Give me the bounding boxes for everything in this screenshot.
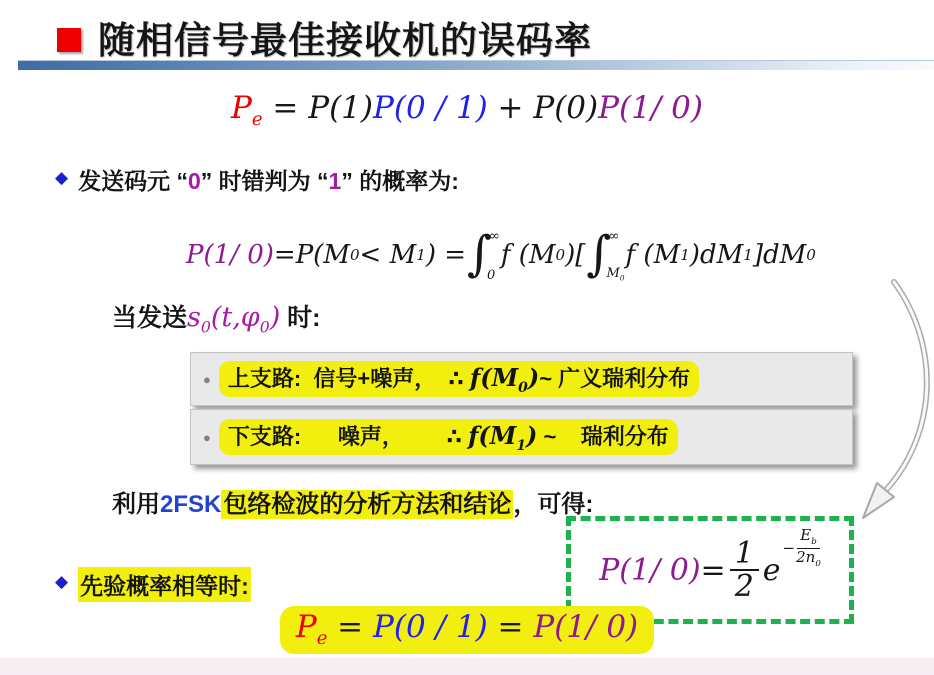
formula-conditional-probability-integral: P(1/ 0) = P(M0 < M1) = ∫∞0f (M0)[∫∞M0f (… bbox=[186, 224, 816, 286]
signal-expression: s0(t,φ0) bbox=[187, 302, 280, 333]
dot-bullet-icon: ● bbox=[203, 430, 211, 445]
math-token: ) bbox=[526, 421, 537, 450]
denominator: 2n0 bbox=[796, 549, 821, 570]
math-subscript: 1 bbox=[743, 246, 753, 264]
math-token: (M bbox=[480, 363, 518, 392]
math-token: P(1) bbox=[308, 90, 373, 126]
density-function: f(M0) bbox=[470, 363, 539, 392]
math-token: ) = bbox=[426, 240, 466, 270]
math-token: f (M bbox=[501, 240, 556, 270]
text-segment: ~ 瑞利分布 bbox=[537, 424, 668, 449]
text-segment: 当发送 bbox=[112, 304, 187, 332]
upper-branch-text: 上支路: 信号+噪声， ∴ f(M0)~ 广义瑞利分布 bbox=[219, 361, 699, 398]
math-token: P(M bbox=[296, 240, 350, 270]
math-subscript: 0 bbox=[806, 246, 816, 264]
math-token: P(1/ 0) bbox=[599, 553, 700, 588]
text-segment: 上支路: 信号+噪声， ∴ bbox=[228, 366, 470, 391]
exponent: −Eb2n0 bbox=[783, 527, 821, 569]
numerator: 1 bbox=[730, 538, 759, 572]
title-regular: 随相信号最佳接收机的 bbox=[98, 20, 478, 61]
math-subscript: 0 bbox=[201, 317, 211, 336]
integral-inner: ∫∞M0 bbox=[586, 227, 624, 283]
formula-total-error-probability: Pe = P(1)P(0 / 1) + P(0)P(1/ 0) bbox=[0, 90, 934, 130]
math-token: M bbox=[606, 266, 619, 281]
math-token: P(1/ 0) bbox=[598, 90, 703, 126]
diamond-bullet-icon: ◆ bbox=[55, 168, 68, 188]
math-subscript: 0 bbox=[260, 317, 270, 336]
text-segment: ” 时错判为 “ bbox=[201, 168, 329, 194]
lower-branch-box: ● 下支路: 噪声， ∴ f(M1) ~ 瑞利分布 bbox=[190, 409, 853, 465]
bullet-row-send-symbol: ◆ 发送码元 “0” 时错判为 “1” 的概率为: bbox=[55, 163, 459, 196]
text-segment: ” 的概率为: bbox=[341, 168, 459, 194]
math-token: f bbox=[470, 363, 480, 392]
numerator: Eb bbox=[797, 527, 820, 549]
math-token: s bbox=[187, 302, 201, 333]
page-title: 随相信号最佳接收机的误码率 bbox=[98, 10, 592, 64]
math-token: P bbox=[231, 90, 252, 126]
math-token: P(0 / 1) bbox=[373, 90, 488, 126]
math-token: ]dM bbox=[753, 240, 806, 270]
equal-prior-text: 先验概率相等时: bbox=[78, 567, 251, 602]
math-token: f bbox=[468, 421, 478, 450]
integral-limits: ∞M0 bbox=[608, 227, 624, 283]
math-subscript: 0 bbox=[620, 274, 625, 283]
send-signal-line: 当发送s0(t,φ0) 时: bbox=[112, 298, 321, 336]
upper-limit: ∞ bbox=[489, 229, 500, 244]
lower-branch-text: 下支路: 噪声， ∴ f(M1) ~ 瑞利分布 bbox=[219, 419, 678, 456]
math-subscript: e bbox=[252, 109, 263, 130]
math-token: ) bbox=[528, 363, 539, 392]
lower-limit: M0 bbox=[606, 266, 624, 283]
math-token: )[ bbox=[565, 240, 585, 270]
symbol-zero: 0 bbox=[188, 168, 201, 194]
math-token: = bbox=[488, 609, 534, 645]
math-token: < M bbox=[360, 240, 417, 270]
dot-bullet-icon: ● bbox=[203, 372, 211, 387]
use-2fsk-line: 利用2FSK包络检波的分析方法和结论，可得: bbox=[112, 484, 593, 519]
math-token: P(0 / 1) bbox=[373, 609, 488, 645]
math-token: f (M bbox=[626, 240, 681, 270]
math-subscript: 0 bbox=[815, 559, 821, 569]
upper-branch-box: ● 上支路: 信号+噪声， ∴ f(M0)~ 广义瑞利分布 bbox=[190, 352, 853, 406]
symbol-one: 1 bbox=[329, 168, 342, 194]
formula-p10-result: P(1/ 0) = 12e−Eb2n0 bbox=[599, 538, 821, 603]
math-token: ) bbox=[270, 302, 281, 333]
density-function: f(M1) bbox=[468, 421, 537, 450]
math-subscript: 0 bbox=[518, 379, 528, 395]
math-token: Pe bbox=[296, 609, 328, 645]
final-formula-wrap: Pe = P(0 / 1) = P(1/ 0) bbox=[0, 606, 934, 654]
math-token: = bbox=[327, 609, 373, 645]
title-underline-bar bbox=[18, 60, 934, 70]
math-token: = bbox=[701, 553, 726, 588]
math-token: P(1/ 0) bbox=[186, 240, 274, 270]
math-subscript: 0 bbox=[556, 246, 566, 264]
math-token: − bbox=[783, 539, 796, 557]
footer-accent-bar bbox=[0, 658, 934, 675]
title-bullet-square-icon bbox=[57, 28, 81, 52]
bullet1-text: 发送码元 “0” 时错判为 “1” 的概率为: bbox=[78, 163, 459, 196]
text-segment: 发送码元 “ bbox=[78, 168, 188, 194]
math-token: E bbox=[800, 526, 811, 544]
text-segment: ，可得: bbox=[513, 491, 593, 518]
math-subscript: 0 bbox=[350, 246, 360, 264]
slide: 随相信号最佳接收机的误码率 Pe = P(1)P(0 / 1) + P(0)P(… bbox=[0, 0, 934, 675]
text-segment: 下支路: 噪声， ∴ bbox=[228, 424, 468, 449]
integral-outer: ∫∞0 bbox=[467, 227, 500, 283]
bullet-row-equal-prior: ◆ 先验概率相等时: bbox=[55, 567, 251, 602]
text-segment: ~ 广义瑞利分布 bbox=[539, 366, 690, 391]
math-subscript: 1 bbox=[680, 246, 690, 264]
text-segment: 时: bbox=[280, 304, 320, 332]
math-subscript: e bbox=[317, 628, 328, 649]
math-token: P bbox=[296, 609, 317, 645]
math-subscript: b bbox=[811, 537, 817, 547]
math-token: + bbox=[488, 90, 534, 126]
diamond-bullet-icon: ◆ bbox=[55, 572, 68, 592]
lower-limit: 0 bbox=[487, 268, 495, 283]
upper-limit: ∞ bbox=[608, 229, 624, 244]
math-token: = bbox=[263, 90, 309, 126]
math-token: (M bbox=[478, 421, 516, 450]
denominator: 2 bbox=[735, 571, 754, 603]
math-token: (t,φ bbox=[211, 302, 260, 333]
formula-final-pe: Pe = P(0 / 1) = P(1/ 0) bbox=[280, 606, 654, 654]
text-segment: 利用 bbox=[112, 491, 160, 518]
math-token: P(1/ 0) bbox=[533, 609, 638, 645]
math-token: P(0) bbox=[533, 90, 598, 126]
fsk-label: 2FSK bbox=[160, 491, 221, 518]
math-subscript: 1 bbox=[516, 437, 526, 453]
math-token: 2n bbox=[796, 548, 815, 566]
highlighted-segment: 包络检波的分析方法和结论 bbox=[221, 490, 513, 519]
title-bold: 误码率 bbox=[478, 20, 592, 61]
fraction-one-half: 12 bbox=[730, 538, 759, 603]
math-token: Pe bbox=[231, 90, 263, 126]
math-token: )dM bbox=[690, 240, 743, 270]
math-subscript: 1 bbox=[416, 246, 426, 264]
math-token: e bbox=[763, 553, 781, 588]
integral-limits: ∞0 bbox=[489, 227, 500, 283]
exponent-fraction: Eb2n0 bbox=[796, 527, 821, 569]
math-token: = bbox=[274, 240, 296, 270]
